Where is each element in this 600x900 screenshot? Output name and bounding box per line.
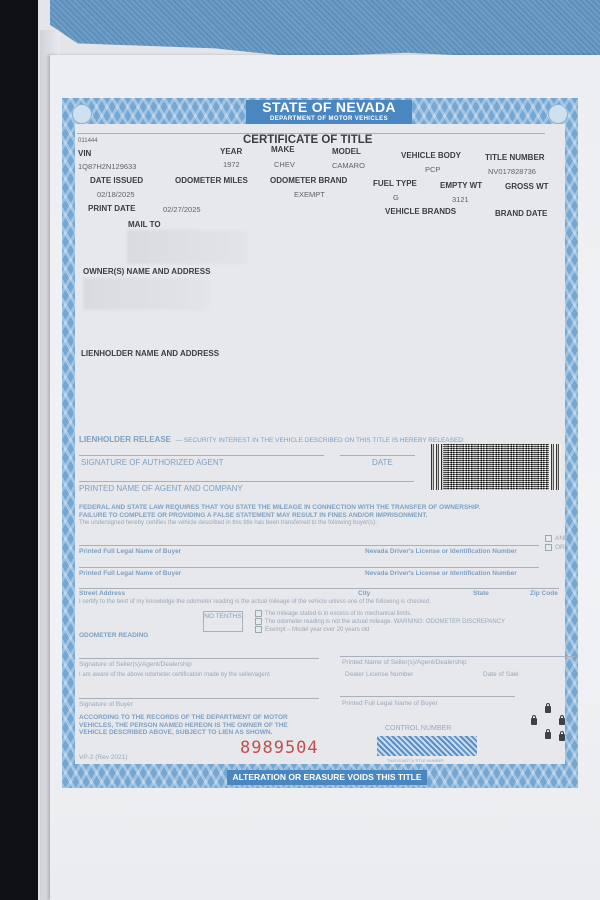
buyer2-name-label[interactable]: Printed Full Legal Name of Buyer	[79, 570, 181, 577]
print-date-label: PRINT DATE	[88, 204, 135, 213]
odometer-option-excess[interactable]: The mileage stated is in excess of its m…	[255, 610, 412, 617]
brand-date-label: BRAND DATE	[495, 209, 547, 218]
agent-printed-name-label: PRINTED NAME OF AGENT AND COMPANY	[79, 484, 243, 493]
date-issued-value: 02/18/2025	[97, 190, 135, 199]
redacted-owner	[83, 278, 208, 310]
option-label: The odometer reading is not the actual m…	[265, 619, 505, 625]
checkbox[interactable]	[255, 610, 262, 617]
printed-name-line	[79, 481, 414, 482]
lock-icon	[559, 718, 565, 725]
aware-text: I am aware of the above odometer certifi…	[79, 672, 270, 678]
buyer2-license-label[interactable]: Nevada Driver's License or Identificatio…	[365, 570, 517, 577]
vehicle-brands-label: VEHICLE BRANDS	[385, 207, 456, 216]
lock-icon	[545, 732, 551, 739]
certificate-of-title: STATE OF NEVADA DEPARTMENT OF MOTOR VEHI…	[62, 98, 578, 788]
control-number-code	[377, 736, 477, 756]
transfer-certify-text: The undersigned hereby certifies the veh…	[79, 520, 377, 526]
print-date-value: 02/27/2025	[163, 205, 201, 214]
redacted-mail-to	[127, 230, 247, 264]
lienholder-label: LIENHOLDER NAME AND ADDRESS	[81, 349, 219, 358]
ownership-line-3: VEHICLE DESCRIBED ABOVE, SUBJECT TO LIEN…	[79, 729, 288, 737]
signature-line	[79, 455, 324, 456]
no-tenths-box: NO TENTHS	[203, 611, 243, 632]
gross-weight-label: GROSS WT	[505, 182, 549, 191]
odometer-reading-label[interactable]: ODOMETER READING	[79, 632, 148, 639]
form-serial-top: 011444	[78, 138, 98, 144]
make-value: CHEV	[274, 160, 295, 169]
pdf417-barcode	[431, 444, 561, 490]
seller-printed-label[interactable]: Printed Name of Seller(s)/Agent/Dealersh…	[342, 659, 467, 666]
fuel-type-value: G	[393, 193, 399, 202]
buyer1-name-label[interactable]: Printed Full Legal Name of Buyer	[79, 548, 181, 555]
mileage-warning-2: FAILURE TO COMPLETE OR PROVIDING A FALSE…	[79, 512, 427, 519]
date-issued-label: DATE ISSUED	[90, 176, 143, 185]
or-label: OR	[555, 544, 565, 551]
seller-signature-label[interactable]: Signature of Seller(s)/Agent/Dealership	[79, 661, 192, 668]
state-banner: STATE OF NEVADA DEPARTMENT OF MOTOR VEHI…	[246, 100, 412, 126]
checkbox[interactable]	[255, 618, 262, 625]
lock-icon	[545, 706, 551, 713]
seller-signature-line	[79, 658, 319, 659]
owner-label: OWNER(S) NAME AND ADDRESS	[83, 267, 210, 276]
buyer-printed-line	[340, 696, 515, 697]
odometer-miles-label: ODOMETER MILES	[175, 176, 248, 185]
year-value: 1972	[223, 160, 240, 169]
odometer-option-exempt[interactable]: Exempt – Model year over 20 years old	[255, 626, 369, 633]
odometer-certify-text: I certify to the best of my knowledge th…	[79, 599, 431, 605]
odometer-brand-value: EXEMPT	[294, 190, 325, 199]
title-number-value: NV017828736	[488, 167, 536, 176]
vehicle-body-value: PCP	[425, 165, 440, 174]
control-number-label: CONTROL NUMBER	[385, 725, 451, 732]
vehicle-body-label: VEHICLE BODY	[401, 151, 461, 160]
zip-code-label[interactable]: Zip Code	[530, 590, 558, 597]
date-of-sale-label[interactable]: Date of Sale	[483, 671, 519, 678]
release-date-label: DATE	[372, 458, 393, 467]
agent-signature-label: SIGNATURE OF AUTHORIZED AGENT	[81, 458, 224, 467]
option-label: The mileage stated is in excess of its m…	[265, 611, 412, 617]
state-title: STATE OF NEVADA	[246, 100, 412, 115]
form-revision: VP-2 (Rev 2021)	[79, 754, 127, 761]
option-label: Exempt – Model year over 20 years old	[265, 627, 369, 633]
dealer-license-label[interactable]: Dealer License Number	[345, 671, 413, 678]
state-seal-icon	[72, 104, 92, 124]
vin-label: VIN	[78, 149, 91, 158]
and-option[interactable]: AND	[545, 535, 569, 542]
lien-release-heading: LIENHOLDER RELEASE	[79, 435, 171, 444]
odometer-brand-label: ODOMETER BRAND	[270, 176, 347, 185]
ownership-line-1: ACCORDING TO THE RECORDS OF THE DEPARTME…	[79, 714, 288, 722]
state-label[interactable]: State	[473, 590, 489, 597]
and-checkbox[interactable]	[545, 535, 552, 542]
ownership-line-2: VEHICLES, THE PERSON NAMED HEREON IS THE…	[79, 722, 288, 730]
seller-printed-line	[340, 656, 575, 657]
fuel-type-label: FUEL TYPE	[373, 179, 417, 188]
certificate-body: 011444 CERTIFICATE OF TITLE VIN 1Q87H2N1…	[75, 124, 565, 764]
checkbox[interactable]	[255, 626, 262, 633]
buyer-printed-label[interactable]: Printed Full Legal Name of Buyer	[342, 700, 438, 707]
mileage-warning-1: FEDERAL AND STATE LAW REQUIRES THAT YOU …	[79, 504, 480, 511]
model-label: MODEL	[332, 147, 361, 156]
lock-icon	[559, 734, 565, 741]
alteration-warning-banner: ALTERATION OR ERASURE VOIDS THIS TITLE	[227, 770, 427, 785]
lien-release-text: — SECURITY INTEREST IN THE VEHICLE DESCR…	[175, 437, 464, 444]
street-address-label[interactable]: Street Address	[79, 590, 125, 597]
year-label: YEAR	[220, 147, 242, 156]
odometer-option-discrepancy[interactable]: The odometer reading is not the actual m…	[255, 618, 505, 625]
buyer-signature-line	[79, 698, 319, 699]
or-checkbox[interactable]	[545, 544, 552, 551]
security-lock-icons	[527, 704, 571, 754]
city-label[interactable]: City	[358, 590, 370, 597]
buyer-signature-label[interactable]: Signature of Buyer	[79, 701, 133, 708]
buyer1-line	[79, 545, 539, 546]
buyer1-license-label[interactable]: Nevada Driver's License or Identificatio…	[365, 548, 517, 555]
model-value: CAMARO	[332, 161, 365, 170]
address-line	[79, 588, 559, 589]
title-number-label: TITLE NUMBER	[485, 153, 545, 162]
and-label: AND	[555, 535, 569, 542]
control-note: THIS IS NOT A TITLE NUMBER	[387, 758, 444, 763]
department-subtitle: DEPARTMENT OF MOTOR VEHICLES	[246, 115, 412, 123]
lock-icon	[531, 718, 537, 725]
buyer2-line	[79, 567, 539, 568]
state-seal-icon	[548, 104, 568, 124]
or-option[interactable]: OR	[545, 544, 565, 551]
empty-weight-value: 3121	[452, 195, 469, 204]
lien-release-heading-row: LIENHOLDER RELEASE — SECURITY INTEREST I…	[79, 429, 465, 447]
vin-value: 1Q87H2N129633	[78, 162, 136, 171]
divider	[77, 133, 545, 134]
document-title: CERTIFICATE OF TITLE	[243, 134, 372, 146]
serial-number: 8989504	[240, 738, 319, 758]
ownership-statement: ACCORDING TO THE RECORDS OF THE DEPARTME…	[79, 714, 288, 737]
mail-to-label: MAIL TO	[128, 220, 161, 229]
date-line	[340, 455, 415, 456]
empty-weight-label: EMPTY WT	[440, 181, 482, 190]
make-label: MAKE	[271, 145, 295, 154]
